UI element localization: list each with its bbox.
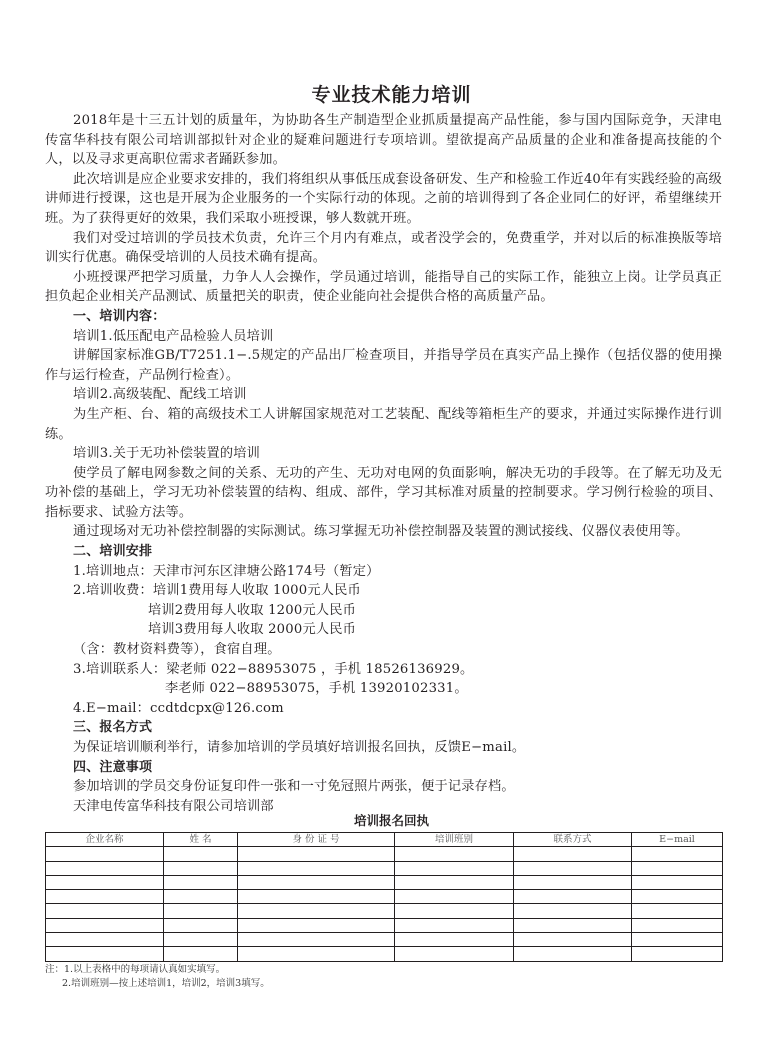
registration-form-title: 培训报名回执 (0, 812, 783, 830)
table-cell (164, 918, 238, 932)
training-fee-2: 培训2费用每人收取 1200元人民币 (45, 601, 722, 621)
column-header-class: 培训班别 (395, 833, 514, 847)
table-cell (238, 904, 395, 918)
table-cell (632, 890, 723, 904)
registration-form-table: 企业名称 姓 名 身 份 证 号 培训班别 联系方式 E−mail (45, 832, 723, 962)
table-cell (238, 875, 395, 889)
form-note-2: 2.培训班别—按上述培训1，培训2，培训3填写。 (45, 977, 270, 991)
intro-paragraph-1: 2018年是十三五计划的质量年，为协助各生产制造型企业抓质量提高产品性能，参与国… (45, 111, 722, 170)
table-cell (46, 890, 164, 904)
table-cell (164, 861, 238, 875)
table-cell (46, 875, 164, 889)
course-3-title: 培训3.关于无功补偿装置的培训 (45, 444, 722, 464)
column-header-name: 姓 名 (164, 833, 238, 847)
table-cell (46, 918, 164, 932)
page-title: 专业技术能力培训 (0, 82, 783, 108)
section-heading-training-content: 一、培训内容： (45, 307, 722, 327)
table-cell (514, 890, 632, 904)
table-cell (238, 861, 395, 875)
table-cell (514, 947, 632, 961)
form-notes: 注：1.以上表格中的每项请认真如实填写。 2.培训班别—按上述培训1，培训2，培… (45, 963, 270, 991)
contact-email: 4.E−mail：ccdtdcpx@126.com (45, 699, 722, 719)
intro-paragraph-3: 我们对受过培训的学员技术负责，允许三个月内有难点，或者没学会的，免费重学，并对以… (45, 229, 722, 268)
table-cell (632, 933, 723, 947)
table-header-row: 企业名称 姓 名 身 份 证 号 培训班别 联系方式 E−mail (46, 833, 723, 847)
table-cell (164, 904, 238, 918)
table-cell (238, 890, 395, 904)
table-row (46, 933, 723, 947)
column-header-company: 企业名称 (46, 833, 164, 847)
column-header-email: E−mail (632, 833, 723, 847)
table-cell (632, 847, 723, 861)
table-cell (514, 918, 632, 932)
table-row (46, 904, 723, 918)
table-cell (514, 861, 632, 875)
table-cell (46, 904, 164, 918)
contact-2: 李老师 022−88953075，手机 13920102331。 (45, 679, 722, 699)
document-body: 2018年是十三五计划的质量年，为协助各生产制造型企业抓质量提高产品性能，参与国… (45, 111, 722, 816)
section-heading-arrangement: 二、培训安排 (45, 542, 722, 562)
table-cell (395, 890, 514, 904)
table-cell (238, 933, 395, 947)
section-heading-registration: 三、报名方式 (45, 718, 722, 738)
table-cell (164, 890, 238, 904)
section-heading-notes: 四、注意事项 (45, 758, 722, 778)
table-cell (395, 918, 514, 932)
table-cell (238, 947, 395, 961)
table-cell (164, 947, 238, 961)
notes-text: 参加培训的学员交身份证复印件一张和一寸免冠照片两张，便于记录存档。 (45, 777, 722, 797)
table-cell (46, 933, 164, 947)
table-row (46, 861, 723, 875)
fee-note: （含：教材资料费等），食宿自理。 (45, 640, 722, 660)
table-cell (514, 933, 632, 947)
table-cell (395, 847, 514, 861)
form-note-1: 注：1.以上表格中的每项请认真如实填写。 (45, 963, 270, 977)
course-1-description: 讲解国家标准GB/T7251.1−.5规定的产品出厂检查项目，并指导学员在真实产… (45, 346, 722, 385)
intro-paragraph-4: 小班授课严把学习质量，力争人人会操作，学员通过培训，能指导自己的实际工作，能独立… (45, 268, 722, 307)
table-cell (514, 875, 632, 889)
table-cell (514, 904, 632, 918)
registration-text: 为保证培训顺利举行，请参加培训的学员填好培训报名回执，反馈E−mail。 (45, 738, 722, 758)
table-row (46, 918, 723, 932)
table-cell (238, 918, 395, 932)
column-header-id-number: 身 份 证 号 (238, 833, 395, 847)
table-row (46, 890, 723, 904)
course-2-title: 培训2.高级装配、配线工培训 (45, 385, 722, 405)
table-cell (632, 861, 723, 875)
table-cell (46, 847, 164, 861)
table-cell (46, 861, 164, 875)
table-cell (395, 875, 514, 889)
table-cell (238, 847, 395, 861)
course-2-description: 为生产柜、台、箱的高级技术工人讲解国家规范对工艺装配、配线等箱柜生产的要求，并通… (45, 405, 722, 444)
table-cell (632, 918, 723, 932)
table-row (46, 847, 723, 861)
course-3-extra: 通过现场对无功补偿控制器的实际测试。练习掌握无功补偿控制器及装置的测试接线、仪器… (45, 522, 722, 542)
column-header-contact: 联系方式 (514, 833, 632, 847)
training-fee-3: 培训3费用每人收取 2000元人民币 (45, 620, 722, 640)
table-cell (632, 947, 723, 961)
table-cell (395, 933, 514, 947)
table-cell (164, 875, 238, 889)
table-cell (514, 847, 632, 861)
table-row (46, 875, 723, 889)
table-row (46, 947, 723, 961)
table-cell (632, 904, 723, 918)
table-cell (395, 947, 514, 961)
training-fee-1: 2.培训收费：培训1费用每人收取 1000元人民币 (45, 581, 722, 601)
table-cell (395, 861, 514, 875)
table-cell (164, 847, 238, 861)
table-cell (395, 904, 514, 918)
table-cell (46, 947, 164, 961)
course-1-title: 培训1.低压配电产品检验人员培训 (45, 327, 722, 347)
intro-paragraph-2: 此次培训是应企业要求安排的，我们将组织从事低压成套设备研发、生产和检验工作近40… (45, 170, 722, 229)
course-3-description: 使学员了解电网参数之间的关系、无功的产生、无功对电网的负面影响，解决无功的手段等… (45, 464, 722, 523)
table-cell (164, 933, 238, 947)
table-body (46, 847, 723, 961)
table-cell (632, 875, 723, 889)
training-location: 1.培训地点：天津市河东区津塘公路174号（暂定） (45, 562, 722, 582)
contact-1: 3.培训联系人：梁老师 022−88953075 ，手机 18526136929… (45, 660, 722, 680)
